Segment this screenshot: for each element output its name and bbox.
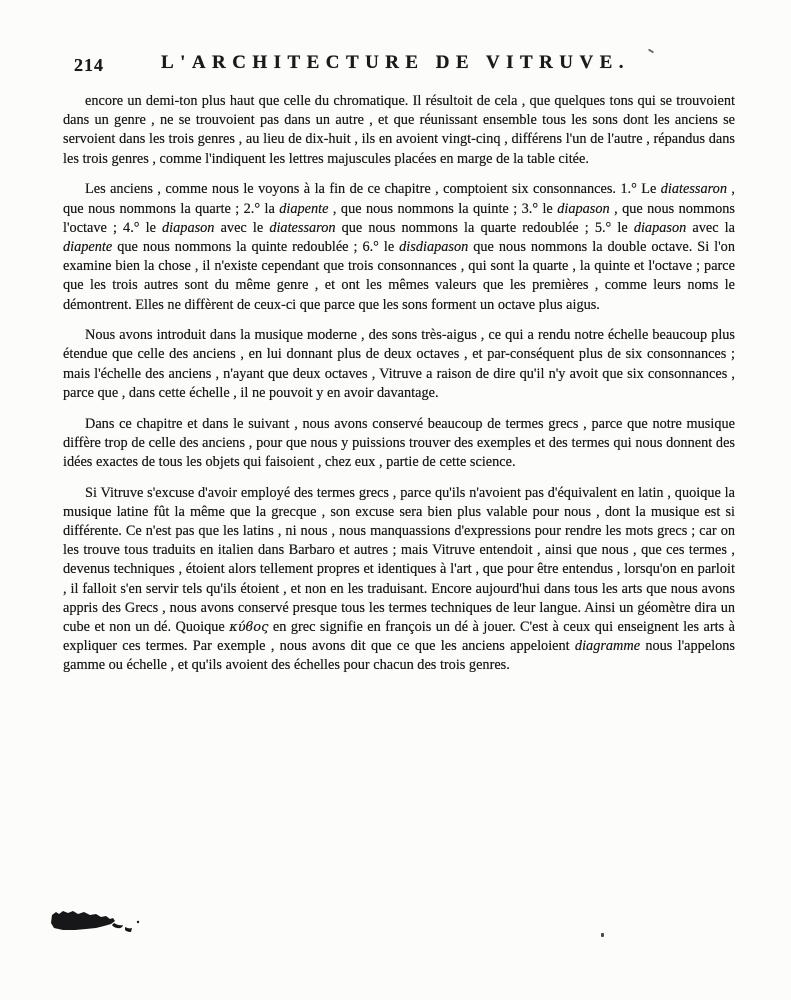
term-italic: diapason [162,220,214,236]
body-text: encore un demi-ton plus haut que celle d… [63,92,735,687]
paragraph-4: Dans ce chapitre et dans le suivant , no… [63,415,735,473]
paragraph-5: Si Vitruve s'excuse d'avoir employé des … [63,484,735,676]
paragraph-3: Nous avons introduit dans la musique mod… [63,326,735,403]
text-run: Les anciens , comme nous le voyons à la … [85,181,661,197]
running-head-title: L'ARCHITECTURE DE VITRUVE. [0,52,791,74]
term-italic: diapason [634,220,686,236]
text-run: avec la [686,220,735,236]
text-run: , que nous nommons la quinte ; 3.° le [329,201,558,217]
term-greek: κύϐος [229,620,268,635]
term-italic: diagramme [575,638,640,654]
text-run: Nous avons introduit dans la musique mod… [63,327,735,401]
paragraph-2: Les anciens , comme nous le voyons à la … [63,180,735,314]
text-run: encore un demi-ton plus haut que celle d… [63,93,735,167]
text-run: que nous nommons la quarte redoublée ; 5… [336,220,634,236]
term-italic: diapente [63,239,112,255]
book-page: 214 L'ARCHITECTURE DE VITRUVE. encore un… [0,0,791,1000]
text-run: Dans ce chapitre et dans le suivant , no… [63,416,735,470]
paragraph-1: encore un demi-ton plus haut que celle d… [63,92,735,169]
term-italic: diapason [557,201,609,217]
term-italic: diatessaron [269,220,335,236]
term-italic: disdiapason [399,239,468,255]
text-run: avec le [214,220,269,236]
term-italic: diatessaron [661,181,727,197]
ink-speck [601,933,604,937]
term-italic: diapente [279,201,328,217]
ink-blot [48,905,148,939]
text-run: Si Vitruve s'excuse d'avoir employé des … [63,485,735,635]
text-run: que nous nommons la quinte redoublée ; 6… [112,239,399,255]
